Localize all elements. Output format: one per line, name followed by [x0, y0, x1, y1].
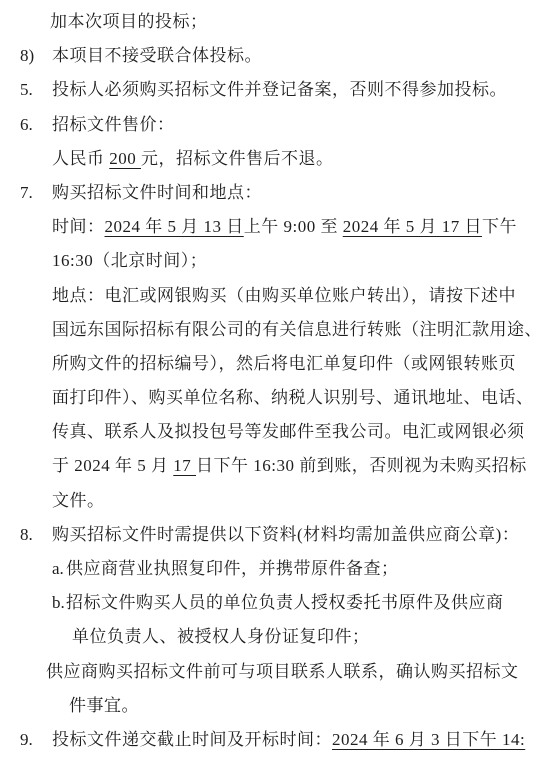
doc-line: 于 2024 年 5 月 17 日下午 16:30 前到账，否则视为未购买招标: [0, 449, 537, 483]
line-text: 时间：: [52, 217, 105, 236]
doc-line: 时间：2024 年 5 月 13 日上午 9:00 至 2024 年 5 月 1…: [0, 210, 537, 244]
item-marker: 8.: [20, 518, 33, 552]
line-text: 16:30（北京时间）；: [52, 251, 207, 270]
underlined-date: 2024 年 5 月 13 日: [105, 217, 244, 236]
line-text: 购买招标文件时需提供以下资料(材料均需加盖供应商公章)：: [52, 525, 519, 544]
doc-line: 7.购买招标文件时间和地点：: [0, 176, 537, 210]
line-text: 面打印件）、购买单位名称、纳税人识别号、通讯地址、电话、: [52, 388, 534, 407]
item-marker: 6.: [20, 108, 33, 142]
line-text: 于 2024 年 5 月: [52, 456, 173, 475]
underlined-date: 17: [173, 456, 196, 475]
line-text: 国远东国际招标有限公司的有关信息进行转账（注明汇款用途、: [52, 320, 537, 339]
doc-line: a.供应商营业执照复印件，并携带原件备查；: [0, 552, 537, 586]
line-text: 投标文件递交截止时间及开标时间：: [52, 730, 332, 749]
underlined-date: 2024 年 6 月 3 日下午 14:: [332, 730, 525, 749]
doc-line: 人民币 200 元，招标文件售后不退。: [0, 142, 537, 176]
line-text: 招标文件购买人员的单位负责人授权委托书原件及供应商: [66, 593, 504, 612]
doc-line: 9.投标文件递交截止时间及开标时间：2024 年 6 月 3 日下午 14:: [0, 723, 537, 757]
doc-line: 16:30（北京时间）；: [0, 244, 537, 278]
line-text: 加本次项目的投标；: [50, 12, 208, 31]
line-text: 供应商营业执照复印件，并携带原件备查；: [66, 559, 399, 578]
line-text: 件事宜。: [69, 696, 139, 715]
doc-line: 所购文件的招标编号），然后将电汇单复印件（或网银转账页: [0, 347, 537, 381]
line-text: 元，招标文件售后不退。: [141, 149, 334, 168]
doc-line: 加本次项目的投标；: [0, 5, 537, 39]
line-text: 下午: [482, 217, 517, 236]
line-text: 本项目不接受联合体投标。: [52, 46, 262, 65]
underlined-value: 200: [109, 149, 141, 168]
line-text: 上午 9:00 至: [244, 217, 343, 236]
document-page: 加本次项目的投标； 8)本项目不接受联合体投标。 5.投标人必须购买招标文件并登…: [0, 0, 537, 767]
doc-line: 面打印件）、购买单位名称、纳税人识别号、通讯地址、电话、: [0, 381, 537, 415]
line-text: 传真、联系人及拟投包号等发邮件至我公司。电汇或网银必须: [52, 422, 525, 441]
doc-line: 件事宜。: [0, 689, 537, 723]
doc-line: 文件。: [0, 484, 537, 518]
line-text: 招标文件售价：: [52, 115, 175, 134]
line-text: 单位负责人、被授权人身份证复印件；: [72, 627, 370, 646]
doc-line: 传真、联系人及拟投包号等发邮件至我公司。电汇或网银必须: [0, 415, 537, 449]
item-marker: 8): [20, 39, 34, 73]
line-text: 供应商购买招标文件前可与项目联系人联系，确认购买招标文: [46, 662, 519, 681]
letter-marker: b.: [52, 586, 65, 620]
item-marker: 9.: [20, 723, 33, 757]
doc-line: 8.购买招标文件时需提供以下资料(材料均需加盖供应商公章)：: [0, 518, 537, 552]
line-text: 投标人必须购买招标文件并登记备案，否则不得参加投标。: [52, 80, 507, 99]
doc-line: 单位负责人、被授权人身份证复印件；: [0, 620, 537, 654]
item-marker: 7.: [20, 176, 33, 210]
doc-line: 6.招标文件售价：: [0, 108, 537, 142]
doc-line: 8)本项目不接受联合体投标。: [0, 39, 537, 73]
line-text: 文件。: [52, 491, 105, 510]
doc-line: b.招标文件购买人员的单位负责人授权委托书原件及供应商: [0, 586, 537, 620]
line-text: 日下午 16:30 前到账，否则视为未购买招标: [196, 456, 527, 475]
line-text: 地点：电汇或网银购买（由购买单位账户转出），请按下述中: [52, 286, 516, 305]
doc-line: 供应商购买招标文件前可与项目联系人联系，确认购买招标文: [0, 655, 537, 689]
letter-marker: a.: [52, 552, 64, 586]
line-text: 购买招标文件时间和地点：: [52, 183, 262, 202]
line-text: 所购文件的招标编号），然后将电汇单复印件（或网银转账页: [52, 354, 516, 373]
item-marker: 5.: [20, 73, 33, 107]
doc-line: 5.投标人必须购买招标文件并登记备案，否则不得参加投标。: [0, 73, 537, 107]
line-text: 人民币: [52, 149, 109, 168]
doc-line: 地点：电汇或网银购买（由购买单位账户转出），请按下述中: [0, 279, 537, 313]
doc-line: 国远东国际招标有限公司的有关信息进行转账（注明汇款用途、: [0, 313, 537, 347]
underlined-date: 2024 年 5 月 17 日: [343, 217, 482, 236]
